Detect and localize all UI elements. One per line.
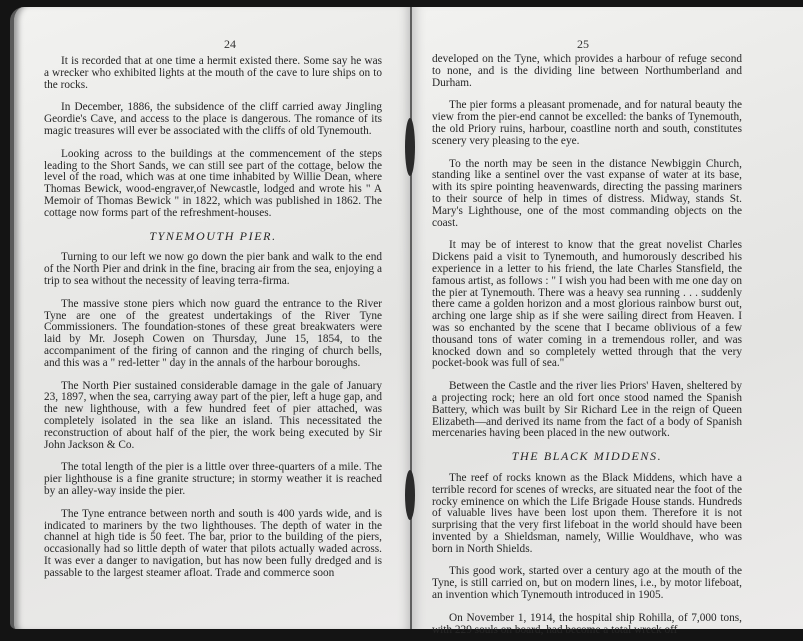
heading-tynemouth-pier: TYNEMOUTH PIER. [44, 231, 382, 243]
book-spine [410, 7, 412, 629]
right-page-text: developed on the Tyne, which provides a … [432, 54, 742, 641]
page-number-25: 25 [577, 37, 589, 52]
paragraph-pier-walk: Turning to our left we now go down the p… [44, 252, 382, 287]
paragraph-priors-haven: Between the Castle and the river lies Pr… [432, 381, 742, 440]
heading-black-middens: THE BLACK MIDDENS. [432, 451, 742, 463]
paragraph-dickens: It may be of interest to know that the g… [432, 240, 742, 370]
paragraph-promenade: The pier forms a pleasant promenade, and… [432, 100, 742, 147]
paragraph-continuation: developed on the Tyne, which provides a … [432, 54, 742, 89]
paragraph-hermit: It is recorded that at one time a hermit… [44, 56, 382, 91]
paragraph-rohilla: On November 1, 1914, the hospital ship R… [432, 613, 742, 637]
book-spread: 24 It is recorded that at one time a her… [0, 0, 803, 641]
paragraph-stone-piers: The massive stone piers which now guard … [44, 299, 382, 370]
left-page-text: It is recorded that at one time a hermit… [44, 56, 382, 590]
page-number-24: 24 [224, 37, 236, 52]
left-page: 24 It is recorded that at one time a her… [10, 7, 412, 629]
paragraph-december-1886: In December, 1886, the subsidence of the… [44, 102, 382, 137]
paragraph-lifeboat: This good work, started over a century a… [432, 566, 742, 601]
spine-binding-mark [405, 118, 415, 176]
paragraph-bewick-cottage: Looking across to the buildings at the c… [44, 149, 382, 220]
paragraph-reef: The reef of rocks known as the Black Mid… [432, 473, 742, 556]
paragraph-tyne-entrance: The Tyne entrance between north and sout… [44, 509, 382, 580]
spine-binding-mark [405, 470, 415, 520]
paragraph-newbiggin: To the north may be seen in the distance… [432, 159, 742, 230]
paragraph-north-pier-damage: The North Pier sustained considerable da… [44, 381, 382, 452]
right-page: 25 developed on the Tyne, which provides… [412, 7, 803, 629]
paragraph-pier-length: The total length of the pier is a little… [44, 462, 382, 497]
